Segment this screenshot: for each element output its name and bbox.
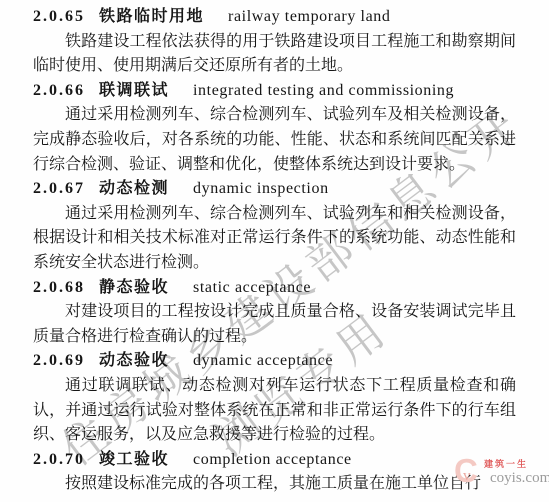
term-definition: 对建设项目的工程按设计完成且质量合格、设备安装调试完毕且质量合格进行检查确认的过… xyxy=(33,300,516,349)
term-entry: 2.0.67动态检测dynamic inspection 通过采用检测列车、综合… xyxy=(33,177,516,275)
term-english: dynamic acceptance xyxy=(193,352,333,369)
term-heading: 2.0.67动态检测dynamic inspection xyxy=(33,177,516,202)
term-number: 2.0.65 xyxy=(33,8,85,25)
term-definition: 铁路建设工程依法获得的用于铁路建设项目工程施工和勘察期间临时使用、使用期满后交还… xyxy=(33,30,516,79)
term-definition: 通过采用检测列车、综合检测列车、试验列车和相关检测设备，根据设计和相关技术标准对… xyxy=(33,202,516,276)
term-heading: 2.0.68静态验收static acceptance xyxy=(33,276,516,301)
term-chinese: 竣工验收 xyxy=(99,451,169,468)
term-definition: 通过采用检测列车、综合检测列车、试验列车及相关检测设备，完成静态验收后，对各系统… xyxy=(33,103,516,177)
term-heading: 2.0.69动态验收dynamic acceptance xyxy=(33,349,516,374)
term-english: integrated testing and commissioning xyxy=(193,82,454,99)
term-entry: 2.0.68静态验收static acceptance 对建设项目的工程按设计完… xyxy=(33,276,516,350)
badge-site-name: 建筑一生 xyxy=(484,459,528,469)
term-english: dynamic inspection xyxy=(193,180,329,197)
term-entry: 2.0.66联调联试integrated testing and commiss… xyxy=(33,79,516,177)
term-definition: 通过联调联试、动态检测对列车运行状态下工程质量检查和确认，并通过运行试验对整体系… xyxy=(33,374,516,448)
term-heading: 2.0.66联调联试integrated testing and commiss… xyxy=(33,79,516,104)
term-chinese: 联调联试 xyxy=(99,82,169,99)
term-definition: 按照建设标准完成的各项工程，其施工质量在施工单位自行 xyxy=(33,472,516,497)
badge-site-domain: coyis.com xyxy=(490,470,549,486)
term-chinese: 动态检测 xyxy=(99,180,169,197)
term-chinese: 铁路临时用地 xyxy=(99,8,204,25)
term-chinese: 动态验收 xyxy=(99,352,169,369)
term-heading: 2.0.70竣工验收completion acceptance xyxy=(33,448,516,473)
term-number: 2.0.66 xyxy=(33,82,85,99)
term-number: 2.0.67 xyxy=(33,180,85,197)
term-entry: 2.0.69动态验收dynamic acceptance 通过联调联试、动态检测… xyxy=(33,349,516,447)
term-number: 2.0.70 xyxy=(33,451,85,468)
terminology-list: 2.0.65铁路临时用地railway temporary land 铁路建设工… xyxy=(0,0,549,497)
term-number: 2.0.69 xyxy=(33,352,85,369)
coyis-watermark-badge: C v 建筑一生 coyis.com xyxy=(452,456,549,492)
term-chinese: 静态验收 xyxy=(99,279,169,296)
term-english: static acceptance xyxy=(193,279,311,296)
check-mark-icon: v xyxy=(463,469,471,484)
term-english: railway temporary land xyxy=(228,8,390,25)
term-entry: 2.0.70竣工验收completion acceptance 按照建设标准完成… xyxy=(33,448,516,497)
term-entry: 2.0.65铁路临时用地railway temporary land 铁路建设工… xyxy=(33,5,516,79)
scanned-standard-page: 住房城乡建设部信息公开 浏览专用 2.0.65铁路临时用地railway tem… xyxy=(0,0,549,502)
term-number: 2.0.68 xyxy=(33,279,85,296)
term-heading: 2.0.65铁路临时用地railway temporary land xyxy=(33,5,516,30)
term-english: completion acceptance xyxy=(193,451,352,468)
